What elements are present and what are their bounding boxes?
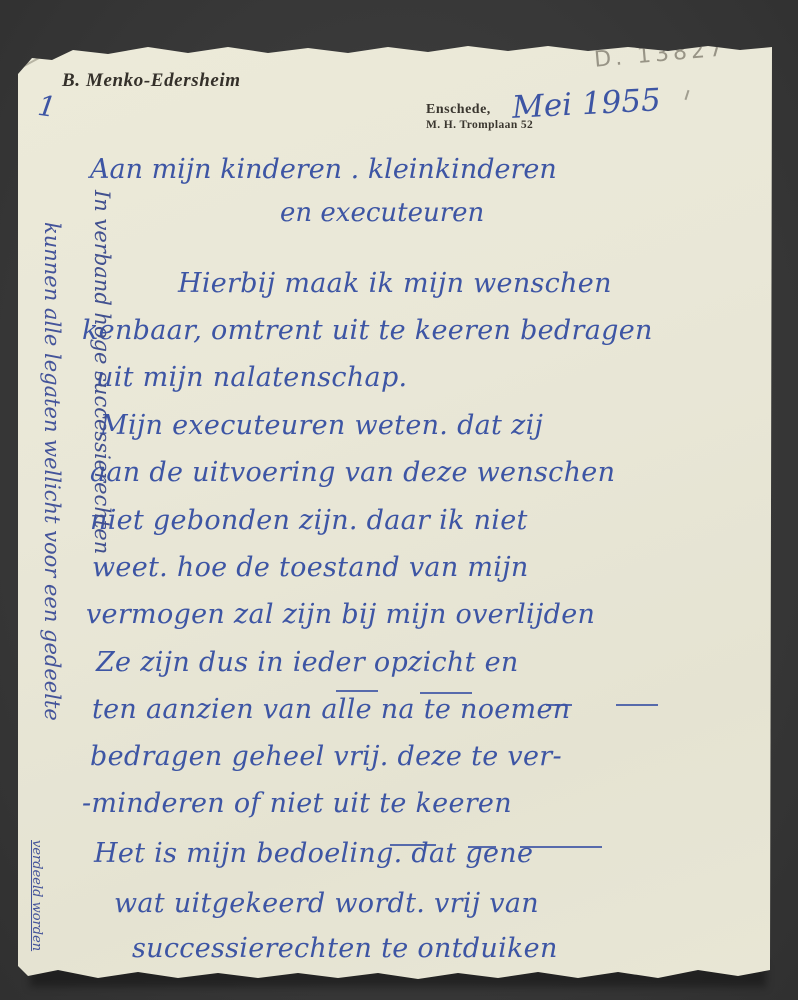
letter-page: B. Menko-Edersheim Enschede, M. H. Tromp…	[18, 40, 772, 980]
body-line: uit mijn nalatenschap.	[96, 362, 407, 393]
body-line: Het is mijn bedoeling. dat gene	[94, 838, 533, 869]
salutation-line-1: Aan mijn kinderen . kleinkinderen	[90, 154, 557, 185]
ink-underline-dash	[390, 844, 436, 846]
body-line: wat uitgekeerd wordt. vrij van	[114, 888, 539, 919]
ink-underline-dash	[546, 704, 572, 706]
body-line: aan de uitvoering van deze wenschen	[90, 457, 615, 488]
corner-crease	[22, 50, 53, 67]
ink-underline-dash	[520, 846, 602, 848]
pencil-tick-mark	[685, 90, 690, 100]
ink-underline-dash	[336, 690, 378, 692]
body-line: kenbaar, omtrent uit te keeren bedragen	[82, 315, 653, 346]
body-line: niet gebonden zijn. daar ik niet	[90, 505, 528, 536]
margin-note-line-1: In verband hoge successierechten	[90, 190, 114, 554]
archive-number-pencil: D. 13827	[593, 36, 728, 72]
handwritten-date: Mei 1955	[511, 82, 661, 126]
body-line: Mijn executeuren weten. dat zij	[100, 410, 543, 441]
ink-underline-dash	[468, 846, 496, 848]
ink-underline-dash	[420, 692, 472, 694]
ink-underline-dash	[616, 704, 658, 706]
body-line: -minderen of niet uit te keeren	[82, 788, 512, 819]
letterhead-name: B. Menko-Edersheim	[62, 70, 241, 92]
scan-background: B. Menko-Edersheim Enschede, M. H. Tromp…	[0, 0, 798, 1000]
salutation-line-2: en executeuren	[280, 198, 484, 228]
handwritten-page-number: 1	[36, 89, 58, 124]
margin-note-line-3: verdeeld worden	[29, 840, 44, 951]
body-line: successierechten te ontduiken	[132, 933, 558, 964]
body-line: Ze zijn dus in ieder opzicht en	[96, 647, 519, 678]
body-line: vermogen zal zijn bij mijn overlijden	[86, 599, 595, 630]
body-line: Hierbij maak ik mijn wenschen	[178, 268, 612, 299]
body-line: bedragen geheel vrij. deze te ver-	[90, 741, 562, 772]
body-line: ten aanzien van alle na te noemen	[92, 694, 570, 725]
margin-note-line-2: kunnen alle legaten wellicht voor een ge…	[40, 222, 64, 721]
body-line: weet. hoe de toestand van mijn	[92, 552, 529, 583]
